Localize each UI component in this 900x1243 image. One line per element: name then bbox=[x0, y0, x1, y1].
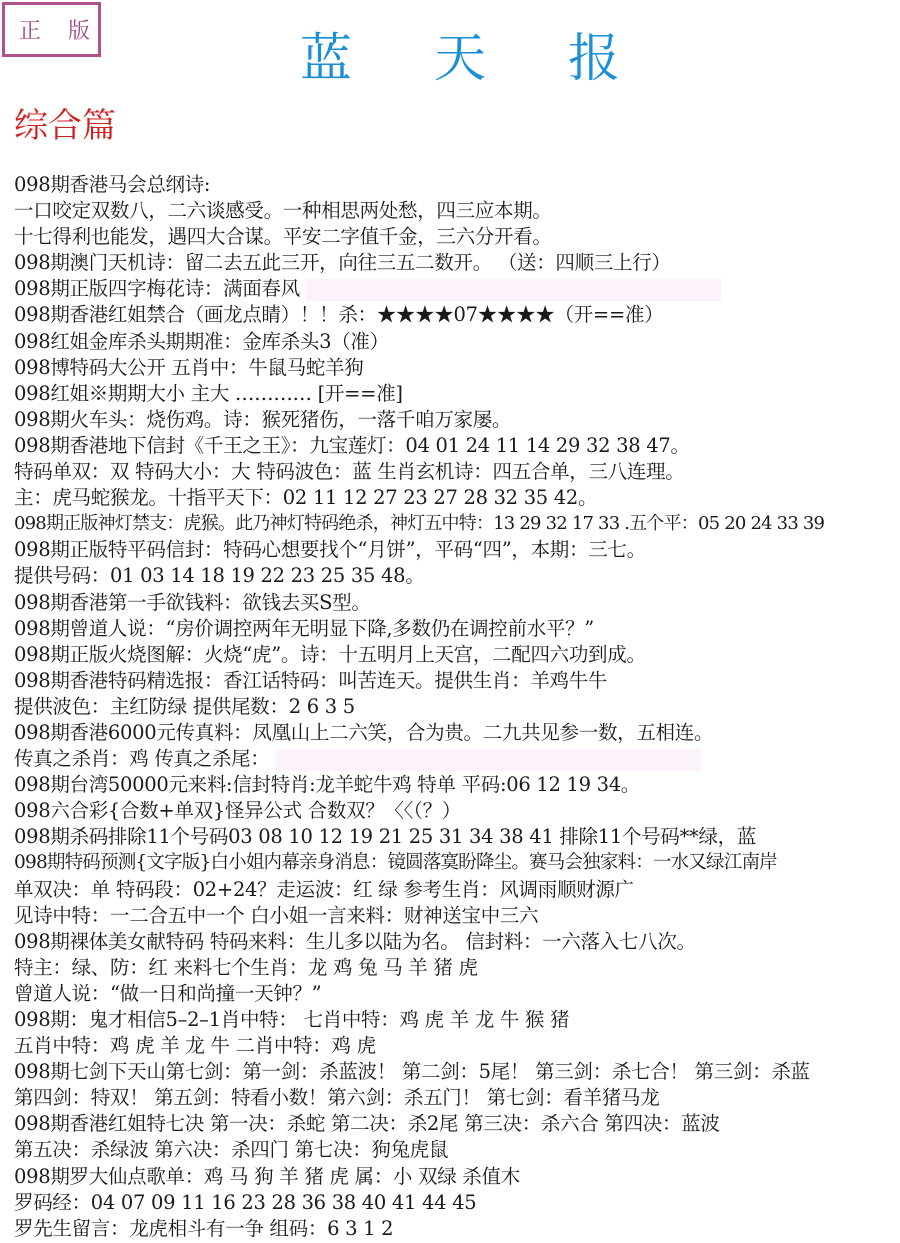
section-heading: 综合篇 bbox=[14, 98, 116, 147]
text-line: 提供波色：主红防绿 提供尾数：2 6 3 5 bbox=[14, 694, 900, 720]
line-text: 单双决：单 特码段：02+24？走运波：红 绿 参考生肖：风调雨顺财源广 bbox=[14, 878, 634, 901]
line-text: 098期澳门天机诗：留二去五此三开，向往三五二数开。 （送：四顺三上行） bbox=[14, 251, 671, 274]
line-text: 098期香港6000元传真料：凤凰山上二六笑，合为贵。二九共见参一数，五相连。 bbox=[14, 721, 713, 744]
line-text: 098期香港马会总纲诗: bbox=[14, 173, 210, 196]
text-line: 098期火车头：烧伤鸡。诗：猴死猪伤，一落千咱万家屡。 bbox=[14, 407, 900, 433]
content-lines: 098期香港马会总纲诗: 一口咬定双数八，二六谈感受。一种相思两处愁，四三应本期… bbox=[14, 172, 900, 1242]
title-char-3: 报 bbox=[568, 16, 620, 91]
line-text: 098期杀码排除11个号码03 08 10 12 19 21 25 31 34 … bbox=[14, 825, 756, 848]
text-line: 098期正版神灯禁支：虎猴。此乃神灯特码绝杀，神灯五中特：13 29 32 17… bbox=[14, 511, 900, 537]
badge-char-1: 正 bbox=[19, 14, 41, 45]
line-text: 特码单双：双 特码大小：大 特码波色：蓝 生肖玄机诗：四五合单，三八连理。 bbox=[14, 460, 685, 483]
line-text: 098期罗大仙点歌单：鸡 马 狗 羊 猪 虎 属：小 双绿 杀值木 bbox=[14, 1165, 520, 1188]
line-text: 提供号码：01 03 14 18 19 22 23 25 35 48。 bbox=[14, 564, 424, 587]
line-text: 一口咬定双数八，二六谈感受。一种相思两处愁，四三应本期。 bbox=[14, 199, 552, 222]
text-line: 曾道人说：“做一日和尚撞一天钟？” bbox=[14, 981, 900, 1007]
highlight-band bbox=[306, 279, 721, 301]
line-text: 第四剑：特双！ 第五剑：特看小数！第六剑：杀五门！ 第七剑：看羊猪马龙 bbox=[14, 1086, 659, 1109]
line-text: 098期香港特码精选报：香江话特码：叫苦连天。提供生肖：羊鸡牛牛 bbox=[14, 669, 607, 692]
text-line: 098红姐※期期大小 主大 ………… [开==准] bbox=[14, 381, 900, 407]
title-char-2: 天 bbox=[434, 16, 486, 91]
text-line: 098期香港马会总纲诗: bbox=[14, 172, 900, 198]
text-line: 098期正版特平码信封：特码心想要找个“月饼”，平码“四”，本期：三七。 bbox=[14, 537, 900, 563]
line-text: 098期特码预测{文字版}白小姐内幕亲身消息：镜圆落寞盼降尘。赛马会独家料：一水… bbox=[14, 852, 777, 873]
line-text: 主：虎马蛇猴龙。十指平天下：02 11 12 27 23 27 28 32 35… bbox=[14, 486, 597, 509]
line-text: 见诗中特：一二合五中一个 白小姐一言来料：财神送宝中三六 bbox=[14, 904, 538, 927]
line-text: 098红姐※期期大小 主大 ………… [开==准] bbox=[14, 382, 403, 405]
text-line: 098期台湾50000元来料:信封特肖:龙羊蛇牛鸡 特单 平码:06 12 19… bbox=[14, 772, 900, 798]
line-text: 098期香港第一手欲钱料：欲钱去买S型。 bbox=[14, 591, 371, 614]
text-line: 098期裸体美女献特码 特码来料：生儿多以陆为名。 信封料：一六落入七八次。 bbox=[14, 929, 900, 955]
text-line: 罗先生留言：龙虎相斗有一争 组码：6 3 1 2 bbox=[14, 1216, 900, 1242]
text-line: 098红姐金库杀头期期准：金库杀头3（准） bbox=[14, 329, 900, 355]
line-text: 传真之杀肖：鸡 传真之杀尾： bbox=[14, 747, 270, 770]
line-text: 098期裸体美女献特码 特码来料：生儿多以陆为名。 信封料：一六落入七八次。 bbox=[14, 930, 696, 953]
line-text: 098期香港红姐禁合（画龙点睛）！！杀：★★★★07★★★★（开==准） bbox=[14, 303, 663, 326]
line-text: 曾道人说：“做一日和尚撞一天钟？” bbox=[14, 982, 321, 1005]
text-line: 见诗中特：一二合五中一个 白小姐一言来料：财神送宝中三六 bbox=[14, 903, 900, 929]
text-line: 098期杀码排除11个号码03 08 10 12 19 21 25 31 34 … bbox=[14, 824, 900, 850]
text-line: 098期特码预测{文字版}白小姐内幕亲身消息：镜圆落寞盼降尘。赛马会独家料：一水… bbox=[14, 850, 900, 876]
authentic-edition-badge: 正 版 bbox=[2, 2, 101, 57]
line-text: 五肖中特：鸡 虎 羊 龙 牛 二肖中特：鸡 虎 bbox=[14, 1034, 376, 1057]
text-line: 098期罗大仙点歌单：鸡 马 狗 羊 猪 虎 属：小 双绿 杀值木 bbox=[14, 1164, 900, 1190]
line-text: 十七得利也能发，遇四大合谋。平安二字值千金，三六分开看。 bbox=[14, 225, 552, 248]
text-line: 五肖中特：鸡 虎 羊 龙 牛 二肖中特：鸡 虎 bbox=[14, 1033, 900, 1059]
line-text: 098六合彩{合数+单双}怪异公式 合数双？〈〈（？） bbox=[14, 799, 461, 822]
text-line: 098期香港特码精选报：香江话特码：叫苦连天。提供生肖：羊鸡牛牛 bbox=[14, 668, 900, 694]
text-line: 098博特码大公开 五肖中：牛鼠马蛇羊狗 bbox=[14, 355, 900, 381]
line-text: 098期正版特平码信封：特码心想要找个“月饼”，平码“四”，本期：三七。 bbox=[14, 538, 646, 561]
text-line: 098期香港红姐禁合（画龙点睛）！！杀：★★★★07★★★★（开==准） bbox=[14, 302, 900, 328]
line-text: 098期七剑下天山第七剑：第一剑：杀蓝波！ 第二剑：5尾！ 第三剑：杀七合！ 第… bbox=[14, 1060, 810, 1083]
line-text: 098期台湾50000元来料:信封特肖:龙羊蛇牛鸡 特单 平码:06 12 19… bbox=[14, 773, 640, 796]
line-text: 098期正版神灯禁支：虎猴。此乃神灯特码绝杀，神灯五中特：13 29 32 17… bbox=[14, 513, 824, 534]
title-char-1: 蓝 bbox=[300, 16, 352, 91]
text-line: 单双决：单 特码段：02+24？走运波：红 绿 参考生肖：风调雨顺财源广 bbox=[14, 877, 900, 903]
line-text: 特主：绿、防：红 来料七个生肖：龙 鸡 兔 马 羊 猪 虎 bbox=[14, 956, 478, 979]
text-line: 十七得利也能发，遇四大合谋。平安二字值千金，三六分开看。 bbox=[14, 224, 900, 250]
text-line: 传真之杀肖：鸡 传真之杀尾： bbox=[14, 746, 900, 772]
line-text: 098期曾道人说：“房价调控两年无明显下降,多数仍在调控前水平？” bbox=[14, 617, 594, 640]
line-text: 098期火车头：烧伤鸡。诗：猴死猪伤，一落千咱万家屡。 bbox=[14, 408, 511, 431]
line-text: 罗先生留言：龙虎相斗有一争 组码：6 3 1 2 bbox=[14, 1217, 393, 1240]
text-line: 一口咬定双数八，二六谈感受。一种相思两处愁，四三应本期。 bbox=[14, 198, 900, 224]
badge-char-2: 版 bbox=[68, 14, 90, 45]
line-text: 098期香港地下信封《千王之王》：九宝莲灯：04 01 24 11 14 29 … bbox=[14, 434, 690, 457]
text-line: 罗码经：04 07 09 11 16 23 28 36 38 40 41 44 … bbox=[14, 1190, 900, 1216]
text-line: 098六合彩{合数+单双}怪异公式 合数双？〈〈（？） bbox=[14, 798, 900, 824]
line-text: 提供波色：主红防绿 提供尾数：2 6 3 5 bbox=[14, 695, 355, 718]
text-line: 第四剑：特双！ 第五剑：特看小数！第六剑：杀五门！ 第七剑：看羊猪马龙 bbox=[14, 1085, 900, 1111]
text-line: 098期：鬼才相信5–2–1肖中特： 七肖中特：鸡 虎 羊 龙 牛 猴 猪 bbox=[14, 1007, 900, 1033]
page-title: 蓝 天 报 bbox=[300, 22, 620, 84]
text-line: 098期正版火烧图解：火烧“虎”。诗：十五明月上天宫，二配四六功到成。 bbox=[14, 642, 900, 668]
text-line: 主：虎马蛇猴龙。十指平天下：02 11 12 27 23 27 28 32 35… bbox=[14, 485, 900, 511]
text-line: 098期澳门天机诗：留二去五此三开，向往三五二数开。 （送：四顺三上行） bbox=[14, 250, 900, 276]
text-line: 098期香港6000元传真料：凤凰山上二六笑，合为贵。二九共见参一数，五相连。 bbox=[14, 720, 900, 746]
line-text: 罗码经：04 07 09 11 16 23 28 36 38 40 41 44 … bbox=[14, 1191, 476, 1214]
text-line: 第五决：杀绿波 第六决：杀四门 第七决：狗兔虎鼠 bbox=[14, 1137, 900, 1163]
text-line: 提供号码：01 03 14 18 19 22 23 25 35 48。 bbox=[14, 563, 900, 589]
line-text: 098期：鬼才相信5–2–1肖中特： 七肖中特：鸡 虎 羊 龙 牛 猴 猪 bbox=[14, 1008, 569, 1031]
text-line: 特码单双：双 特码大小：大 特码波色：蓝 生肖玄机诗：四五合单，三八连理。 bbox=[14, 459, 900, 485]
line-text: 098期正版火烧图解：火烧“虎”。诗：十五明月上天宫，二配四六功到成。 bbox=[14, 643, 646, 666]
text-line: 098期曾道人说：“房价调控两年无明显下降,多数仍在调控前水平？” bbox=[14, 616, 900, 642]
text-line: 098期七剑下天山第七剑：第一剑：杀蓝波！ 第二剑：5尾！ 第三剑：杀七合！ 第… bbox=[14, 1059, 900, 1085]
line-text: 098期香港红姐特七决 第一决：杀蛇 第二决：杀2尾 第三决：杀六合 第四决：蓝… bbox=[14, 1112, 720, 1135]
text-line: 098期正版四字梅花诗：满面春风 bbox=[14, 276, 900, 302]
text-line: 098期香港地下信封《千王之王》：九宝莲灯：04 01 24 11 14 29 … bbox=[14, 433, 900, 459]
text-line: 098期香港红姐特七决 第一决：杀蛇 第二决：杀2尾 第三决：杀六合 第四决：蓝… bbox=[14, 1111, 900, 1137]
line-text: 098博特码大公开 五肖中：牛鼠马蛇羊狗 bbox=[14, 356, 363, 379]
highlight-band bbox=[276, 749, 701, 771]
line-text: 第五决：杀绿波 第六决：杀四门 第七决：狗兔虎鼠 bbox=[14, 1138, 448, 1161]
text-line: 特主：绿、防：红 来料七个生肖：龙 鸡 兔 马 羊 猪 虎 bbox=[14, 955, 900, 981]
text-line: 098期香港第一手欲钱料：欲钱去买S型。 bbox=[14, 590, 900, 616]
line-text: 098红姐金库杀头期期准：金库杀头3（准） bbox=[14, 330, 389, 353]
line-text: 098期正版四字梅花诗：满面春风 bbox=[14, 277, 300, 300]
